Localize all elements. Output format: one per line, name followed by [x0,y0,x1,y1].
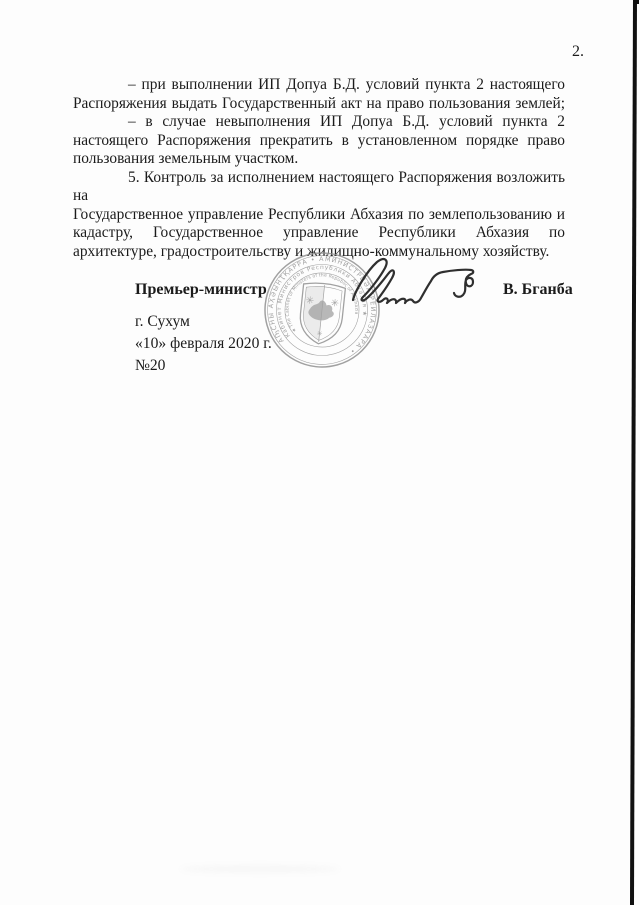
body-line: 5. Контроль за исполнением настоящего Ра… [73,169,565,206]
star-icon: ✳ [305,295,314,307]
body-line: Распоряжения выдать Государственный акт … [73,95,565,114]
body-line: – в случае невыполнения ИП Допуа Б.Д. ус… [73,113,565,132]
body-line: кадастру, Государственное управление Рес… [73,224,565,243]
body-line: Государственное управление Республики Аб… [73,206,565,225]
document-number: №20 [135,357,165,375]
body-line: пользования земельным участком. [73,150,565,169]
signature-city: г. Сухум [135,313,190,331]
document-body: – при выполнении ИП Допуа Б.Д. условий п… [73,76,565,261]
scan-edge-line [630,0,637,905]
scan-noise [180,865,340,873]
star-icon: ✳ [316,330,323,339]
body-line: – при выполнении ИП Допуа Б.Д. условий п… [73,76,565,95]
signature-date: «10» февраля 2020 г. [135,335,272,353]
signer-title: Премьер-министр [135,281,267,299]
document-page: 2. – при выполнении ИП Допуа Б.Д. услови… [0,0,640,905]
page-number: 2. [572,43,584,61]
body-line: настоящего Распоряжения прекратить в уст… [73,132,565,151]
signer-name: В. Бганба [503,281,573,299]
scan-edge-corner [633,0,639,4]
handwritten-signature [333,247,483,309]
